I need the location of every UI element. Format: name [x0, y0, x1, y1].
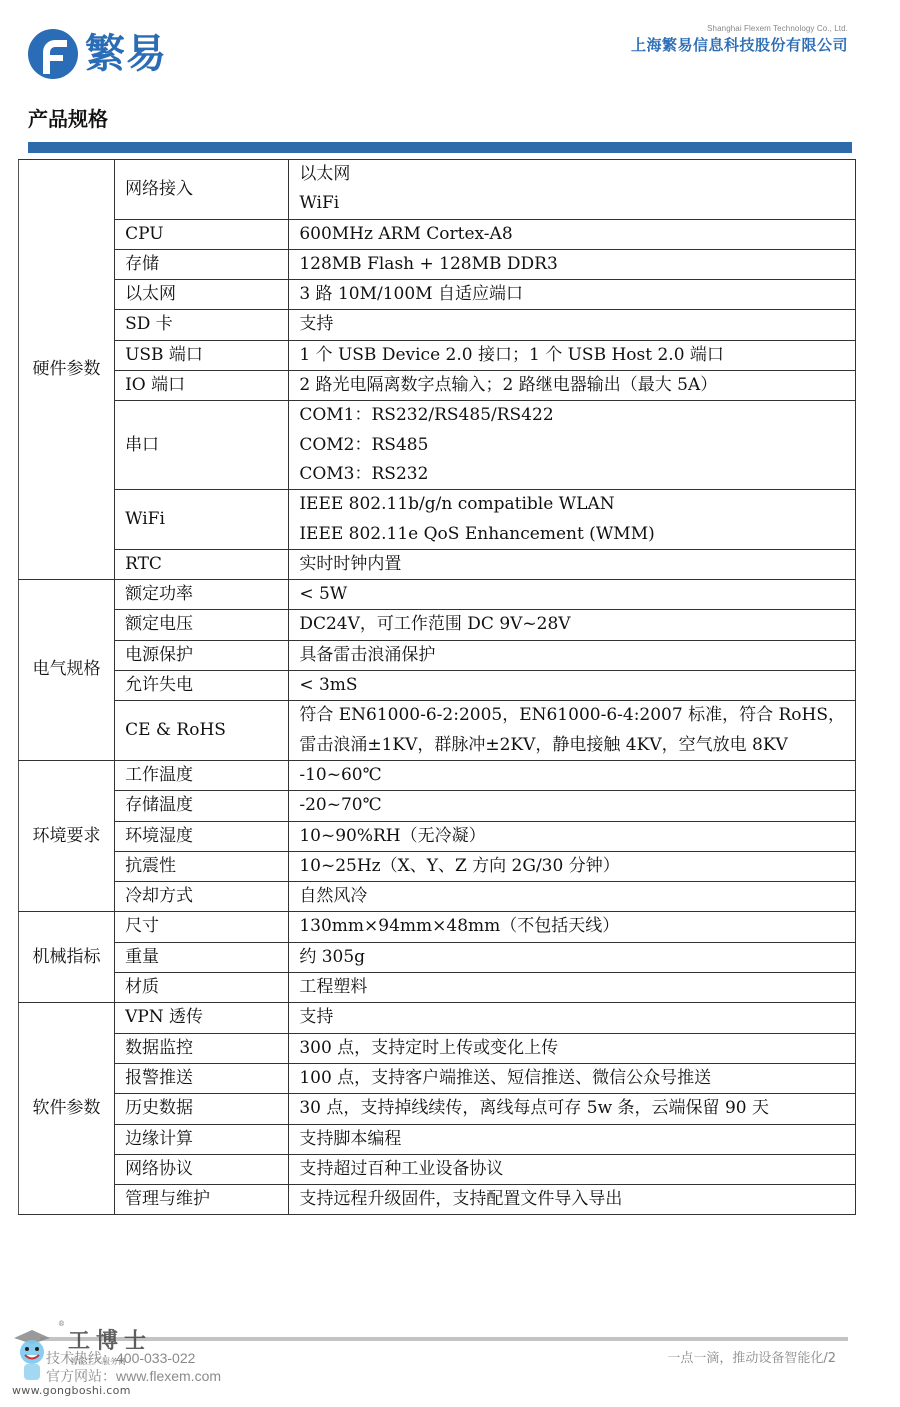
spec-value-line: COM2：RS485: [299, 431, 845, 460]
spec-key: WiFi: [115, 490, 289, 550]
page-title: 产品规格: [28, 103, 108, 132]
logo-text: 繁易: [85, 28, 167, 80]
spec-key: IO 端口: [115, 371, 289, 401]
spec-value: 具备雷击浪涌保护: [289, 640, 856, 670]
table-row: 允许失电 < 3mS: [19, 671, 856, 701]
spec-value: 30 点，支持掉线续传，离线每点可存 5w 条，云端保留 90 天: [289, 1094, 856, 1124]
spec-key: 冷却方式: [115, 882, 289, 912]
spec-value: 支持远程升级固件，支持配置文件导入导出: [289, 1185, 856, 1215]
spec-table: 硬件参数 网络接入 以太网 WiFi CPU 600MHz ARM Cortex…: [18, 159, 856, 1215]
category-cell: 电气规格: [19, 580, 115, 761]
spec-value: 300 点，支持定时上传或变化上传: [289, 1033, 856, 1063]
category-cell: 软件参数: [19, 1003, 115, 1215]
company-name-block: Shanghai Flexem Technology Co., Ltd. 上海繁…: [631, 24, 848, 55]
spec-value: -20~70℃: [289, 791, 856, 821]
spec-value: 600MHz ARM Cortex-A8: [289, 219, 856, 249]
table-row: SD 卡 支持: [19, 310, 856, 340]
registered-mark: ®: [58, 1320, 65, 1328]
table-row: 以太网 3 路 10M/100M 自适应端口: [19, 280, 856, 310]
watermark-brand: 工博士: [68, 1324, 152, 1355]
spec-key: 数据监控: [115, 1033, 289, 1063]
spec-value: 支持脚本编程: [289, 1124, 856, 1154]
spec-key: 电源保护: [115, 640, 289, 670]
table-row: 报警推送 100 点，支持客户端推送、短信推送、微信公众号推送: [19, 1063, 856, 1093]
spec-key: 网络协议: [115, 1154, 289, 1184]
page-header: 繁易 Shanghai Flexem Technology Co., Ltd. …: [0, 0, 900, 100]
spec-value: 1 个 USB Device 2.0 接口；1 个 USB Host 2.0 端…: [289, 340, 856, 370]
spec-value-line: WiFi: [299, 189, 845, 218]
table-row: 存储温度 -20~70℃: [19, 791, 856, 821]
spec-value: IEEE 802.11b/g/n compatible WLAN IEEE 80…: [289, 490, 856, 550]
table-row: CPU 600MHz ARM Cortex-A8: [19, 219, 856, 249]
table-row: 网络协议 支持超过百种工业设备协议: [19, 1154, 856, 1184]
spec-key: 允许失电: [115, 671, 289, 701]
table-row: 机械指标 尺寸 130mm×94mm×48mm（不包括天线）: [19, 912, 856, 942]
spec-key: 工作温度: [115, 760, 289, 790]
table-row: 历史数据 30 点，支持掉线续传，离线每点可存 5w 条，云端保留 90 天: [19, 1094, 856, 1124]
watermark-subtitle: 智能工厂服务商: [70, 1356, 126, 1367]
mascot-icon: [12, 1328, 52, 1386]
table-row: 硬件参数 网络接入 以太网 WiFi: [19, 160, 856, 220]
watermark-url: www.gongboshi.com: [12, 1384, 131, 1397]
spec-value-line: 以太网: [299, 160, 845, 189]
spec-key: 材质: [115, 973, 289, 1003]
spec-value: 支持超过百种工业设备协议: [289, 1154, 856, 1184]
spec-value: -10~60℃: [289, 760, 856, 790]
spec-key: 历史数据: [115, 1094, 289, 1124]
table-row: 数据监控 300 点，支持定时上传或变化上传: [19, 1033, 856, 1063]
spec-value: 支持: [289, 1003, 856, 1033]
spec-value: 100 点，支持客户端推送、短信推送、微信公众号推送: [289, 1063, 856, 1093]
spec-value: < 5W: [289, 580, 856, 610]
spec-key: 边缘计算: [115, 1124, 289, 1154]
table-row: 存储 128MB Flash + 128MB DDR3: [19, 249, 856, 279]
spec-key: 重量: [115, 942, 289, 972]
spec-key: VPN 透传: [115, 1003, 289, 1033]
spec-value: < 3mS: [289, 671, 856, 701]
table-row: 串口 COM1：RS232/RS485/RS422 COM2：RS485 COM…: [19, 401, 856, 490]
table-row: 软件参数 VPN 透传 支持: [19, 1003, 856, 1033]
spec-key: 以太网: [115, 280, 289, 310]
spec-key: 存储温度: [115, 791, 289, 821]
spec-key: USB 端口: [115, 340, 289, 370]
spec-value-line: IEEE 802.11b/g/n compatible WLAN: [299, 490, 845, 519]
spec-value: COM1：RS232/RS485/RS422 COM2：RS485 COM3：R…: [289, 401, 856, 490]
spec-value: 10~25Hz（X、Y、Z 方向 2G/30 分钟）: [289, 851, 856, 881]
spec-key: SD 卡: [115, 310, 289, 340]
category-cell: 硬件参数: [19, 160, 115, 580]
gongboshi-watermark: ® 工博士 智能工厂服务商 www.gongboshi.com: [8, 1322, 208, 1402]
spec-value: 实时时钟内置: [289, 549, 856, 579]
spec-value: 以太网 WiFi: [289, 160, 856, 220]
spec-key: 抗震性: [115, 851, 289, 881]
table-row: 电气规格 额定功率 < 5W: [19, 580, 856, 610]
spec-value-line: 雷击浪涌±1KV，群脉冲±2KV，静电接触 4KV，空气放电 8KV: [299, 731, 845, 760]
spec-value: 约 305g: [289, 942, 856, 972]
table-row: 抗震性 10~25Hz（X、Y、Z 方向 2G/30 分钟）: [19, 851, 856, 881]
spec-value-line: IEEE 802.11e QoS Enhancement (WMM): [299, 520, 845, 549]
spec-value: DC24V，可工作范围 DC 9V~28V: [289, 610, 856, 640]
spec-key: 额定电压: [115, 610, 289, 640]
spec-value-line: COM3：RS232: [299, 460, 845, 489]
spec-value: 支持: [289, 310, 856, 340]
company-name-en: Shanghai Flexem Technology Co., Ltd.: [631, 24, 848, 33]
table-row: CE & RoHS 符合 EN61000-6-2:2005，EN61000-6-…: [19, 701, 856, 761]
spec-key: CPU: [115, 219, 289, 249]
table-row: 重量 约 305g: [19, 942, 856, 972]
footer-slogan-page: 一点一滴，推动设备智能化/2: [667, 1347, 836, 1366]
spec-key: 存储: [115, 249, 289, 279]
table-row: 管理与维护 支持远程升级固件，支持配置文件导入导出: [19, 1185, 856, 1215]
table-row: RTC 实时时钟内置: [19, 549, 856, 579]
spec-key: 串口: [115, 401, 289, 490]
spec-value: 2 路光电隔离数字点输入；2 路继电器输出（最大 5A）: [289, 371, 856, 401]
spec-key: 尺寸: [115, 912, 289, 942]
spec-value-line: 符合 EN61000-6-2:2005，EN61000-6-4:2007 标准，…: [299, 701, 845, 730]
spec-key: 网络接入: [115, 160, 289, 220]
table-row: 环境要求 工作温度 -10~60℃: [19, 760, 856, 790]
spec-value: 自然风冷: [289, 882, 856, 912]
flexem-logo-icon: [27, 28, 79, 80]
flexem-logo: 繁易: [27, 28, 167, 80]
table-row: 电源保护 具备雷击浪涌保护: [19, 640, 856, 670]
table-row: USB 端口 1 个 USB Device 2.0 接口；1 个 USB Hos…: [19, 340, 856, 370]
spec-value: 符合 EN61000-6-2:2005，EN61000-6-4:2007 标准，…: [289, 701, 856, 761]
spec-value: 10~90%RH（无冷凝）: [289, 821, 856, 851]
title-divider-bar: [28, 142, 852, 153]
company-name-cn: 上海繁易信息科技股份有限公司: [631, 34, 848, 55]
spec-key: 额定功率: [115, 580, 289, 610]
table-row: 边缘计算 支持脚本编程: [19, 1124, 856, 1154]
table-row: IO 端口 2 路光电隔离数字点输入；2 路继电器输出（最大 5A）: [19, 371, 856, 401]
table-row: 额定电压 DC24V，可工作范围 DC 9V~28V: [19, 610, 856, 640]
spec-value: 工程塑料: [289, 973, 856, 1003]
category-cell: 机械指标: [19, 912, 115, 1003]
spec-key: RTC: [115, 549, 289, 579]
category-cell: 环境要求: [19, 760, 115, 911]
table-row: 材质 工程塑料: [19, 973, 856, 1003]
spec-value: 3 路 10M/100M 自适应端口: [289, 280, 856, 310]
spec-key: 环境湿度: [115, 821, 289, 851]
spec-value: 130mm×94mm×48mm（不包括天线）: [289, 912, 856, 942]
table-row: 冷却方式 自然风冷: [19, 882, 856, 912]
spec-key: 报警推送: [115, 1063, 289, 1093]
spec-key: 管理与维护: [115, 1185, 289, 1215]
table-row: 环境湿度 10~90%RH（无冷凝）: [19, 821, 856, 851]
table-row: WiFi IEEE 802.11b/g/n compatible WLAN IE…: [19, 490, 856, 550]
spec-value: 128MB Flash + 128MB DDR3: [289, 249, 856, 279]
spec-key: CE & RoHS: [115, 701, 289, 761]
spec-value-line: COM1：RS232/RS485/RS422: [299, 401, 845, 430]
